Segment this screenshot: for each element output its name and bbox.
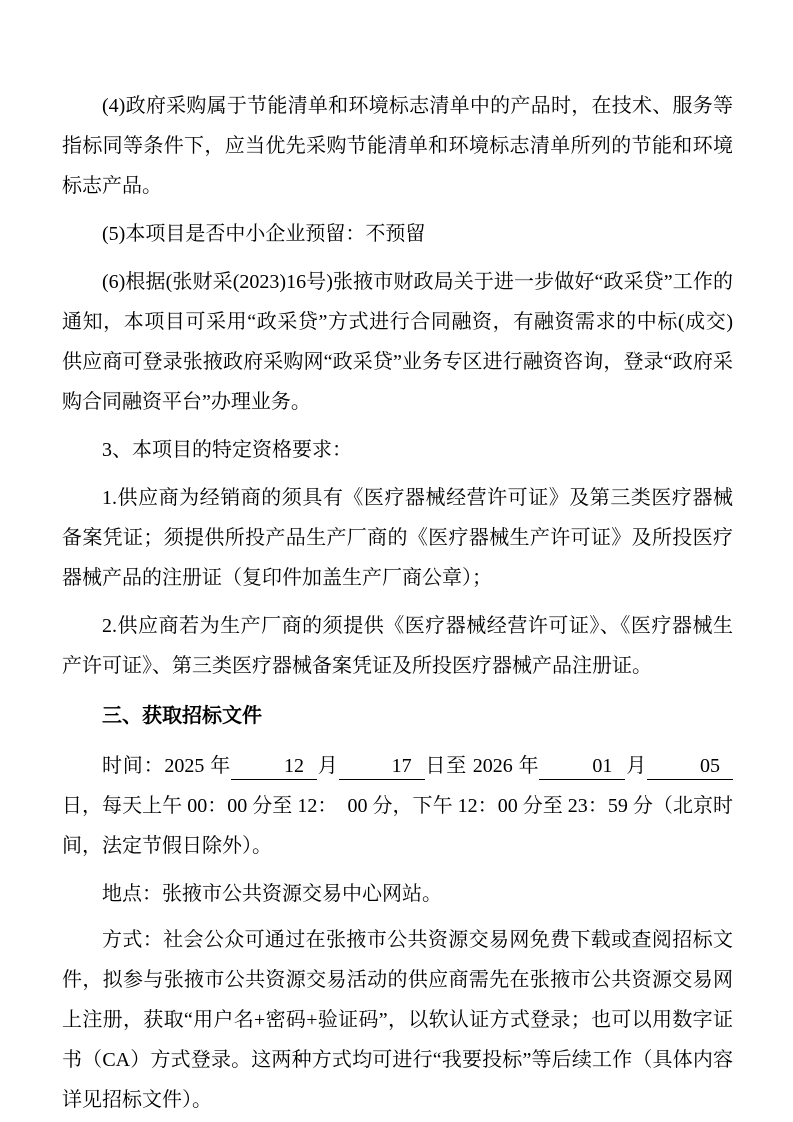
paragraph-dealer-requirement: 1.供应商为经销商的须具有《医疗器械经营许可证》及第三类医疗器械备案凭证；须提供… — [62, 478, 733, 598]
paragraph-method: 方式：社会公众可通过在张掖市公共资源交易网免费下载或查阅招标文件，拟参与张掖市公… — [62, 920, 733, 1120]
paragraph-manufacturer-requirement: 2.供应商若为生产厂商的须提供《医疗器械经营许可证》、《医疗器械生产许可证》、第… — [62, 606, 733, 686]
time-prefix: 时间：2025 年 — [102, 755, 231, 777]
section-heading-obtain-bid-documents: 三、获取招标文件 — [62, 696, 733, 736]
paragraph-qualification-title: 3、本项目的特定资格要求： — [62, 430, 733, 470]
paragraph-energy-list: (4)政府采购属于节能清单和环境标志清单中的产品时，在技术、服务等指标同等条件下… — [62, 86, 733, 206]
time-sep-month: 月 — [317, 755, 339, 777]
document-page: (4)政府采购属于节能清单和环境标志清单中的产品时，在技术、服务等指标同等条件下… — [0, 0, 793, 1122]
paragraph-time: 时间：2025 年12月17日至 2026 年01月05日，每天上午 00：00… — [62, 746, 733, 866]
start-month-blank: 12 — [231, 753, 317, 780]
time-sep-month2: 月 — [625, 755, 647, 777]
paragraph-sme-reserve: (5)本项目是否中小企业预留：不预留 — [62, 214, 733, 254]
paragraph-location: 地点：张掖市公共资源交易中心网站。 — [62, 874, 733, 914]
time-sep-to: 日至 2026 年 — [425, 755, 540, 777]
end-day-blank: 05 — [647, 753, 733, 780]
paragraph-gov-loan: (6)根据(张财采(2023)16号)张掖市财政局关于进一步做好“政采贷”工作的… — [62, 262, 733, 422]
time-suffix: 日，每天上午 00：00 分至 12： 00 分，下午 12：00 分至 23：… — [62, 795, 733, 857]
start-day-blank: 17 — [339, 753, 425, 780]
end-month-blank: 01 — [539, 753, 625, 780]
